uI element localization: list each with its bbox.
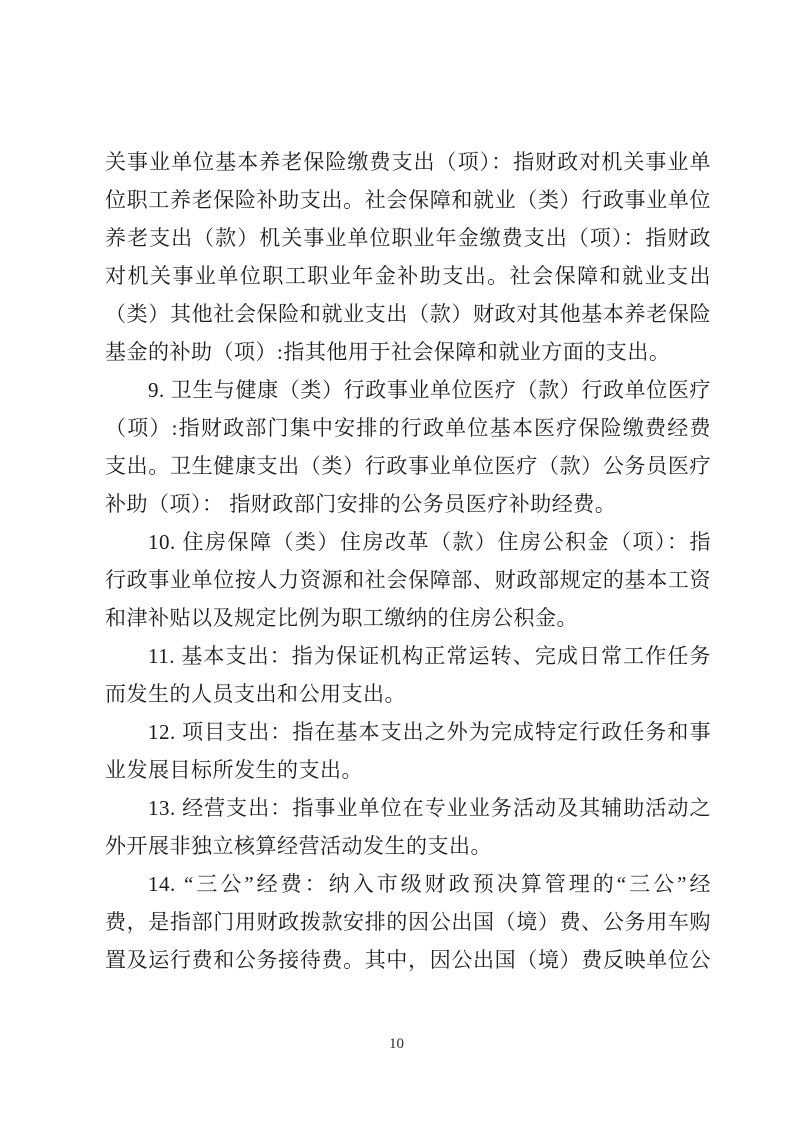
text-line: 外开展非独立核算经营活动发生的支出。 (105, 827, 711, 865)
document-body: 关事业单位基本养老保险缴费支出（项）：指财政对机关事业单位职工养老保险补助支出。… (105, 143, 711, 979)
text-line: 基金的补助（项）:指其他用于社会保障和就业方面的支出。 (105, 333, 711, 371)
text-line: （类）其他社会保险和就业支出（款）财政对其他基本养老保险 (105, 295, 711, 333)
text-line: 对机关事业单位职工职业年金补助支出。社会保障和就业支出 (105, 257, 711, 295)
text-line: 位职工养老保险补助支出。社会保障和就业（类）行政事业单位 (105, 181, 711, 219)
text-line: 支出。卫生健康支出（类）行政事业单位医疗（款）公务员医疗 (105, 447, 711, 485)
text-line: 关事业单位基本养老保险缴费支出（项）：指财政对机关事业单 (105, 143, 711, 181)
text-line: 11. 基本支出：指为保证机构正常运转、完成日常工作任务 (105, 637, 711, 675)
text-line: 业发展目标所发生的支出。 (105, 751, 711, 789)
text-line: 补助（项）： 指财政部门安排的公务员医疗补助经费。 (105, 485, 711, 523)
text-line: （项）:指财政部门集中安排的行政单位基本医疗保险缴费经费 (105, 409, 711, 447)
page-number: 10 (0, 1034, 793, 1054)
text-line: 9. 卫生与健康（类）行政事业单位医疗（款）行政单位医疗 (105, 371, 711, 409)
text-line: 而发生的人员支出和公用支出。 (105, 675, 711, 713)
text-line: 10. 住房保障（类）住房改革（款）住房公积金（项）：指 (105, 523, 711, 561)
text-line: 行政事业单位按人力资源和社会保障部、财政部规定的基本工资 (105, 561, 711, 599)
document-page: 关事业单位基本养老保险缴费支出（项）：指财政对机关事业单位职工养老保险补助支出。… (0, 0, 793, 1122)
text-line: 和津补贴以及规定比例为职工缴纳的住房公积金。 (105, 599, 711, 637)
text-line: 置及运行费和公务接待费。其中，因公出国（境）费反映单位公 (105, 941, 711, 979)
text-line: 14. “三公”经费：纳入市级财政预决算管理的“三公”经 (105, 865, 711, 903)
text-line: 13. 经营支出：指事业单位在专业业务活动及其辅助活动之 (105, 789, 711, 827)
text-line: 养老支出（款）机关事业单位职业年金缴费支出（项）：指财政 (105, 219, 711, 257)
text-line: 费，是指部门用财政拨款安排的因公出国（境）费、公务用车购 (105, 903, 711, 941)
text-line: 12. 项目支出：指在基本支出之外为完成特定行政任务和事 (105, 713, 711, 751)
